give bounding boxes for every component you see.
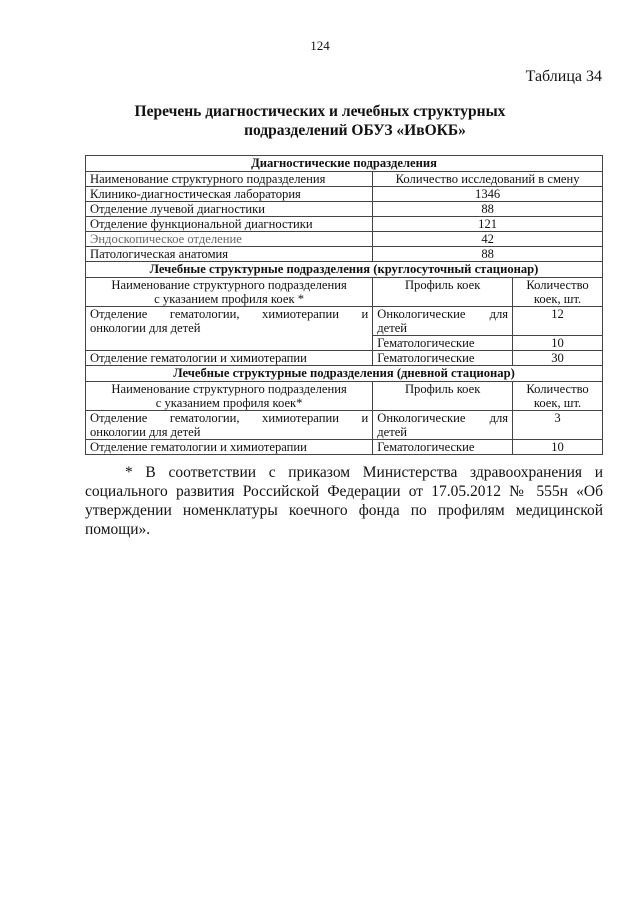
table-row: Отделение гематологии, химиотерапии и он… [86,411,603,440]
header-count: Количество исследований в смену [373,172,603,187]
cell-value: 121 [373,217,603,232]
header-profile: Профиль коек [373,382,513,411]
table-label: Таблица 34 [526,68,602,86]
header-name-line2: с указанием профиля коек* [90,396,368,410]
cell-name: Отделение гематологии и химиотерапии [86,351,373,366]
header-count-line2: коек, шт. [517,396,598,410]
cell-profile: Онкологические для детей [373,411,513,440]
cell-count: 30 [513,351,603,366]
footnote-text: * В соответствии с приказом Министерства… [85,463,603,539]
footnote: * В соответствии с приказом Министерства… [85,463,603,539]
cell-value: 42 [373,232,603,247]
table-row: Отделение функциональной диагностики 121 [86,217,603,232]
cell-value: 88 [373,202,603,217]
header-count-line2: коек, шт. [517,292,598,306]
header-count: Количество коек, шт. [513,278,603,307]
header-name: Наименование структурного подразделения … [86,382,373,411]
cell-value: 1346 [373,187,603,202]
header-profile: Профиль коек [373,278,513,307]
header-name: Наименование структурного подразделения … [86,278,373,307]
table-row: Эндоскопическое отделение 42 [86,232,603,247]
cell-name: Отделение гематологии и химиотерапии [86,440,373,455]
title-line-2: подразделений ОБУЗ «ИвОКБ» [0,121,640,140]
cell-count: 3 [513,411,603,440]
cell-profile: Онкологические для детей [373,307,513,336]
cell-profile: Гематологические [373,336,513,351]
cell-name: Отделение гематологии, химиотерапии и он… [86,411,373,440]
header-name: Наименование структурного подразделения [86,172,373,187]
departments-table: Диагностические подразделения Наименован… [85,155,603,455]
cell-count: 12 [513,307,603,336]
cell-name: Патологическая анатомия [86,247,373,262]
table-row: Отделение гематологии и химиотерапии Гем… [86,440,603,455]
document-title: Перечень диагностических и лечебных стру… [0,102,640,140]
cell-value: 88 [373,247,603,262]
section-day-stay: Лечебные структурные подразделения (днев… [86,366,603,382]
header-name-line1: Наименование структурного подразделения [90,382,368,396]
table-row: Отделение гематологии и химиотерапии Гем… [86,351,603,366]
header-name-line1: Наименование структурного подразделения [90,278,368,292]
cell-profile: Гематологические [373,351,513,366]
table-row: Отделение гематологии, химиотерапии и он… [86,307,603,336]
cell-name: Отделение лучевой диагностики [86,202,373,217]
table-header-row: Наименование структурного подразделения … [86,278,603,307]
cell-count: 10 [513,336,603,351]
title-line-1: Перечень диагностических и лечебных стру… [135,103,506,120]
cell-profile: Гематологические [373,440,513,455]
header-count-line1: Количество [517,382,598,396]
table-row: Патологическая анатомия 88 [86,247,603,262]
section-diagnostic: Диагностические подразделения [86,156,603,172]
section-round-clock: Лечебные структурные подразделения (круг… [86,262,603,278]
page-number: 124 [0,38,640,54]
table-row: Отделение лучевой диагностики 88 [86,202,603,217]
header-count: Количество коек, шт. [513,382,603,411]
header-name-line2: с указанием профиля коек * [90,292,368,306]
cell-count: 10 [513,440,603,455]
cell-name: Отделение функциональной диагностики [86,217,373,232]
cell-name: Эндоскопическое отделение [86,232,373,247]
cell-name: Отделение гематологии, химиотерапии и он… [86,307,373,351]
table-row: Клинико-диагностическая лаборатория 1346 [86,187,603,202]
table-header-row: Наименование структурного подразделения … [86,172,603,187]
header-count-line1: Количество [517,278,598,292]
table-header-row: Наименование структурного подразделения … [86,382,603,411]
cell-name: Клинико-диагностическая лаборатория [86,187,373,202]
